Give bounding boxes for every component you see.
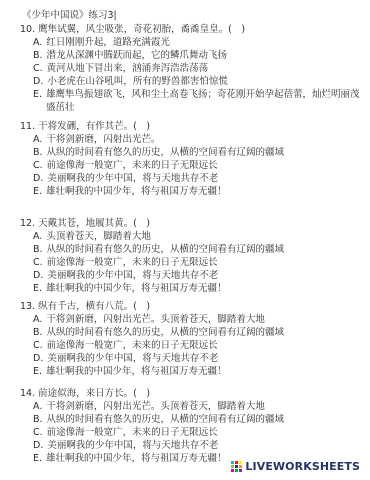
option-text: 雄壮啊我的中国少年，将与祖国万寿无疆！	[46, 452, 227, 465]
option-label: A.	[33, 400, 42, 413]
question-text: 天戴其苍，地履其黄。( )	[38, 217, 150, 230]
option-text: 前途像海一般宽广，未来的日子无限远长	[47, 339, 218, 352]
option-text: 干将剑新磨，闪射出光芒。头顶着苍天，脚踏着大地	[46, 400, 265, 413]
question-text: 鹰隼试翼，风尘吸张，奇花初胎，矞矞皇皇。( )	[38, 23, 245, 36]
worksheet-title: 《少年中国说》练习3|	[22, 9, 362, 22]
question-number: 13.	[20, 300, 35, 313]
option-label: D.	[33, 75, 43, 88]
option-list: A. 干将剑新磨，闪射出光芒。 B. 从纵的时间看有悠久的历史，从横的空间看有辽…	[20, 133, 362, 198]
option-text: 美丽啊我的少年中国，将与天地共存不老	[47, 352, 218, 365]
answer-option: A. 干将剑新磨，闪射出光芒。头顶着苍天，脚踏着大地	[20, 400, 362, 413]
option-list: A. 头顶着苍天，脚踏着大地 B. 从纵的时间看有悠久的历史，从横的空间看有辽阔…	[20, 230, 362, 295]
option-text: 美丽啊我的少年中国，将与天地共存不老	[47, 269, 218, 282]
option-list: A. 干将剑新磨，闪射出光芒。头顶着苍天，脚踏着大地 B. 从纵的时间看有悠久的…	[20, 313, 362, 378]
worksheet-page: 《少年中国说》练习3| 10. 鹰隼试翼，风尘吸张，奇花初胎，矞矞皇皇。( ) …	[0, 0, 370, 465]
option-label: D.	[33, 269, 43, 282]
answer-option: E. 雄壮啊我的中国少年，将与祖国万寿无疆！	[20, 365, 362, 378]
question-block: 14. 前途似海，来日方长。( ) A. 干将剑新磨，闪射出光芒。头顶着苍天，脚…	[20, 387, 362, 465]
option-label: E.	[33, 365, 42, 378]
answer-option: B. 从纵的时间看有悠久的历史，从横的空间看有辽阔的疆域	[20, 146, 362, 159]
option-text: 干将剑新磨，闪射出光芒。头顶着苍天，脚踏着大地	[46, 313, 265, 326]
option-text: 前途像海一般宽广，未来的日子无限远长	[47, 256, 218, 269]
answer-option: D. 小老虎在山谷吼叫，所有的野兽都害怕惊慌	[20, 75, 362, 88]
option-label: B.	[33, 243, 43, 256]
question-stem: 13. 纵有千古，横有八荒。( )	[20, 300, 362, 313]
option-label: D.	[33, 352, 43, 365]
option-label: D.	[33, 439, 43, 452]
option-text: 雄壮啊我的中国少年，将与祖国万寿无疆！	[46, 185, 227, 198]
option-text: 潜龙从深渊中腾跃而起，它的鳞爪舞动飞扬	[47, 49, 228, 62]
question-number: 14.	[20, 387, 35, 400]
option-text: 前途像海一般宽广，未来的日子无限远长	[47, 159, 218, 172]
answer-option: C. 黄河从地下冒出来，汹涌奔泻浩浩荡荡	[20, 62, 362, 75]
answer-option: C. 前途像海一般宽广，未来的日子无限远长	[20, 256, 362, 269]
option-text: 从纵的时间看有悠久的历史，从横的空间看有辽阔的疆域	[47, 413, 285, 426]
option-label: B.	[33, 146, 43, 159]
option-text: 雄鹰隼鸟振翅欲飞，风和尘土高卷飞扬；奇花刚开始孕起蓓蕾，灿烂明丽茂盛茁壮	[46, 88, 362, 114]
question-text: 干将发硎，有作其芒。( )	[38, 120, 150, 133]
question-block: 11. 干将发硎，有作其芒。( ) A. 干将剑新磨，闪射出光芒。 B. 从纵的…	[20, 120, 362, 198]
option-label: C.	[33, 339, 43, 352]
question-text: 纵有千古，横有八荒。( )	[38, 300, 150, 313]
option-text: 前途像海一般宽广，未来的日子无限远长	[47, 426, 218, 439]
option-label: E.	[33, 88, 42, 114]
question-list: 10. 鹰隼试翼，风尘吸张，奇花初胎，矞矞皇皇。( ) A. 红日刚刚升起，道路…	[20, 23, 362, 465]
option-label: D.	[33, 172, 43, 185]
option-label: B.	[33, 326, 43, 339]
option-text: 美丽啊我的少年中国，将与天地共存不老	[47, 172, 218, 185]
question-block: 13. 纵有千古，横有八荒。( ) A. 干将剑新磨，闪射出光芒。头顶着苍天，脚…	[20, 300, 362, 378]
liveworksheets-logo[interactable]: LIVEWORKSHEETS	[231, 460, 360, 473]
answer-option: A. 干将剑新磨，闪射出光芒。	[20, 133, 362, 146]
option-label: C.	[33, 62, 43, 75]
option-label: E.	[33, 452, 42, 465]
answer-option: E. 雄鹰隼鸟振翅欲飞，风和尘土高卷飞扬；奇花刚开始孕起蓓蕾，灿烂明丽茂盛茁壮	[20, 88, 362, 114]
answer-option: E. 雄壮啊我的中国少年，将与祖国万寿无疆！	[20, 282, 362, 295]
option-label: C.	[33, 256, 43, 269]
answer-option: C. 前途像海一般宽广，未来的日子无限远长	[20, 426, 362, 439]
answer-option: D. 美丽啊我的少年中国，将与天地共存不老	[20, 269, 362, 282]
option-label: C.	[33, 426, 43, 439]
liveworksheets-wordmark: LIVEWORKSHEETS	[245, 460, 360, 473]
answer-option: B. 潜龙从深渊中腾跃而起，它的鳞爪舞动飞扬	[20, 49, 362, 62]
answer-option: C. 前途像海一般宽广，未来的日子无限远长	[20, 159, 362, 172]
option-label: B.	[33, 413, 43, 426]
answer-option: D. 美丽啊我的少年中国，将与天地共存不老	[20, 352, 362, 365]
option-list: A. 红日刚刚升起，道路充满霞光 B. 潜龙从深渊中腾跃而起，它的鳞爪舞动飞扬 …	[20, 36, 362, 114]
answer-option: E. 雄壮啊我的中国少年，将与祖国万寿无疆！	[20, 185, 362, 198]
answer-option: D. 美丽啊我的少年中国，将与天地共存不老	[20, 172, 362, 185]
question-number: 11.	[20, 120, 35, 133]
answer-option: B. 从纵的时间看有悠久的历史，从横的空间看有辽阔的疆域	[20, 243, 362, 256]
option-text: 黄河从地下冒出来，汹涌奔泻浩浩荡荡	[47, 62, 209, 75]
answer-option: A. 头顶着苍天，脚踏着大地	[20, 230, 362, 243]
option-label: A.	[33, 230, 42, 243]
question-block: 10. 鹰隼试翼，风尘吸张，奇花初胎，矞矞皇皇。( ) A. 红日刚刚升起，道路…	[20, 23, 362, 114]
answer-option: D. 美丽啊我的少年中国，将与天地共存不老	[20, 439, 362, 452]
option-label: C.	[33, 159, 43, 172]
answer-option: A. 红日刚刚升起，道路充满霞光	[20, 36, 362, 49]
option-label: E.	[33, 282, 42, 295]
answer-option: B. 从纵的时间看有悠久的历史，从横的空间看有辽阔的疆域	[20, 326, 362, 339]
option-text: 从纵的时间看有悠久的历史，从横的空间看有辽阔的疆域	[47, 326, 285, 339]
option-text: 干将剑新磨，闪射出光芒。	[46, 133, 160, 146]
question-number: 10.	[20, 23, 35, 36]
question-stem: 11. 干将发硎，有作其芒。( )	[20, 120, 362, 133]
option-label: A.	[33, 313, 42, 326]
option-text: 头顶着苍天，脚踏着大地	[46, 230, 151, 243]
option-label: A.	[33, 36, 42, 49]
answer-option: B. 从纵的时间看有悠久的历史，从横的空间看有辽阔的疆域	[20, 413, 362, 426]
question-number: 12.	[20, 217, 35, 230]
option-text: 从纵的时间看有悠久的历史，从横的空间看有辽阔的疆域	[47, 146, 285, 159]
option-text: 美丽啊我的少年中国，将与天地共存不老	[47, 439, 218, 452]
liveworksheets-grid-icon	[231, 461, 242, 472]
option-label: A.	[33, 133, 42, 146]
option-text: 雄壮啊我的中国少年，将与祖国万寿无疆！	[46, 282, 227, 295]
option-text: 从纵的时间看有悠久的历史，从横的空间看有辽阔的疆域	[47, 243, 285, 256]
option-text: 小老虎在山谷吼叫，所有的野兽都害怕惊慌	[47, 75, 228, 88]
option-label: B.	[33, 49, 43, 62]
option-text: 红日刚刚升起，道路充满霞光	[46, 36, 170, 49]
option-list: A. 干将剑新磨，闪射出光芒。头顶着苍天，脚踏着大地 B. 从纵的时间看有悠久的…	[20, 400, 362, 465]
option-text: 雄壮啊我的中国少年，将与祖国万寿无疆！	[46, 365, 227, 378]
answer-option: C. 前途像海一般宽广，未来的日子无限远长	[20, 339, 362, 352]
option-label: E.	[33, 185, 42, 198]
question-stem: 12. 天戴其苍，地履其黄。( )	[20, 217, 362, 230]
answer-option: A. 干将剑新磨，闪射出光芒。头顶着苍天，脚踏着大地	[20, 313, 362, 326]
question-stem: 14. 前途似海，来日方长。( )	[20, 387, 362, 400]
question-block: 12. 天戴其苍，地履其黄。( ) A. 头顶着苍天，脚踏着大地 B. 从纵的时…	[20, 217, 362, 295]
question-stem: 10. 鹰隼试翼，风尘吸张，奇花初胎，矞矞皇皇。( )	[20, 23, 362, 36]
question-text: 前途似海，来日方长。( )	[38, 387, 150, 400]
